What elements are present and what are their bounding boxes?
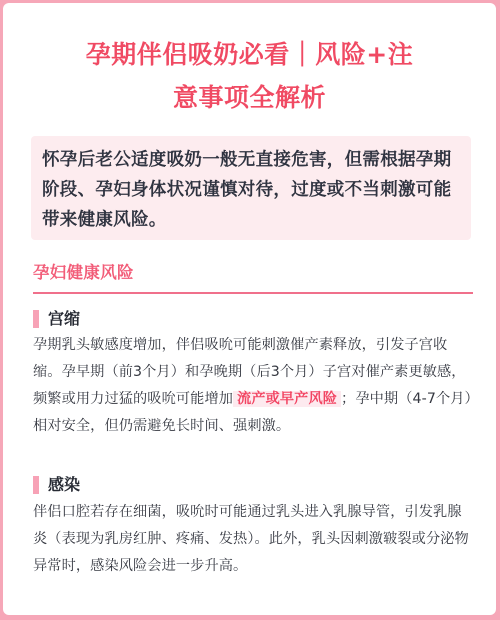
highlight-risk-text: 流产或早产风险 [233,391,341,407]
subheading-contraction: 宫缩 [33,307,80,331]
section-divider [33,292,473,294]
intro-summary-box: 怀孕后老公适度吸奶一般无直接危害，但需根据孕期阶段、孕妇身体状况谨慎对待，过度或… [31,136,471,240]
subheading-label: 感染 [48,473,80,497]
section-title: 孕妇健康风险 [33,261,134,285]
paragraph-infection: 伴侣口腔若存在细菌，吸吮时可能通过乳头进入乳腺导管，引发乳腺炎（表现为乳房红肿、… [33,499,473,580]
title-line-2: 意事项全解析 [3,76,496,119]
paragraph-text: 伴侣口腔若存在细菌，吸吮时可能通过乳头进入乳腺导管，引发乳腺炎（表现为乳房红肿、… [33,504,469,574]
title-line-1: 孕期伴侣吸奶必看｜风险+注 [3,33,496,76]
intro-text: 怀孕后老公适度吸奶一般无直接危害，但需根据孕期阶段、孕妇身体状况谨慎对待，过度或… [42,150,451,230]
subheading-bar-icon [33,310,39,328]
subheading-bar-icon [33,476,39,494]
subheading-label: 宫缩 [48,307,80,331]
subheading-infection: 感染 [33,473,80,497]
page-title: 孕期伴侣吸奶必看｜风险+注 意事项全解析 [3,33,496,119]
article-card: 孕期伴侣吸奶必看｜风险+注 意事项全解析 怀孕后老公适度吸奶一般无直接危害，但需… [3,3,496,615]
paragraph-contraction: 孕期乳头敏感度增加，伴侣吸吮可能刺激催产素释放，引发子宫收缩。孕早期（前3个月）… [33,332,473,440]
